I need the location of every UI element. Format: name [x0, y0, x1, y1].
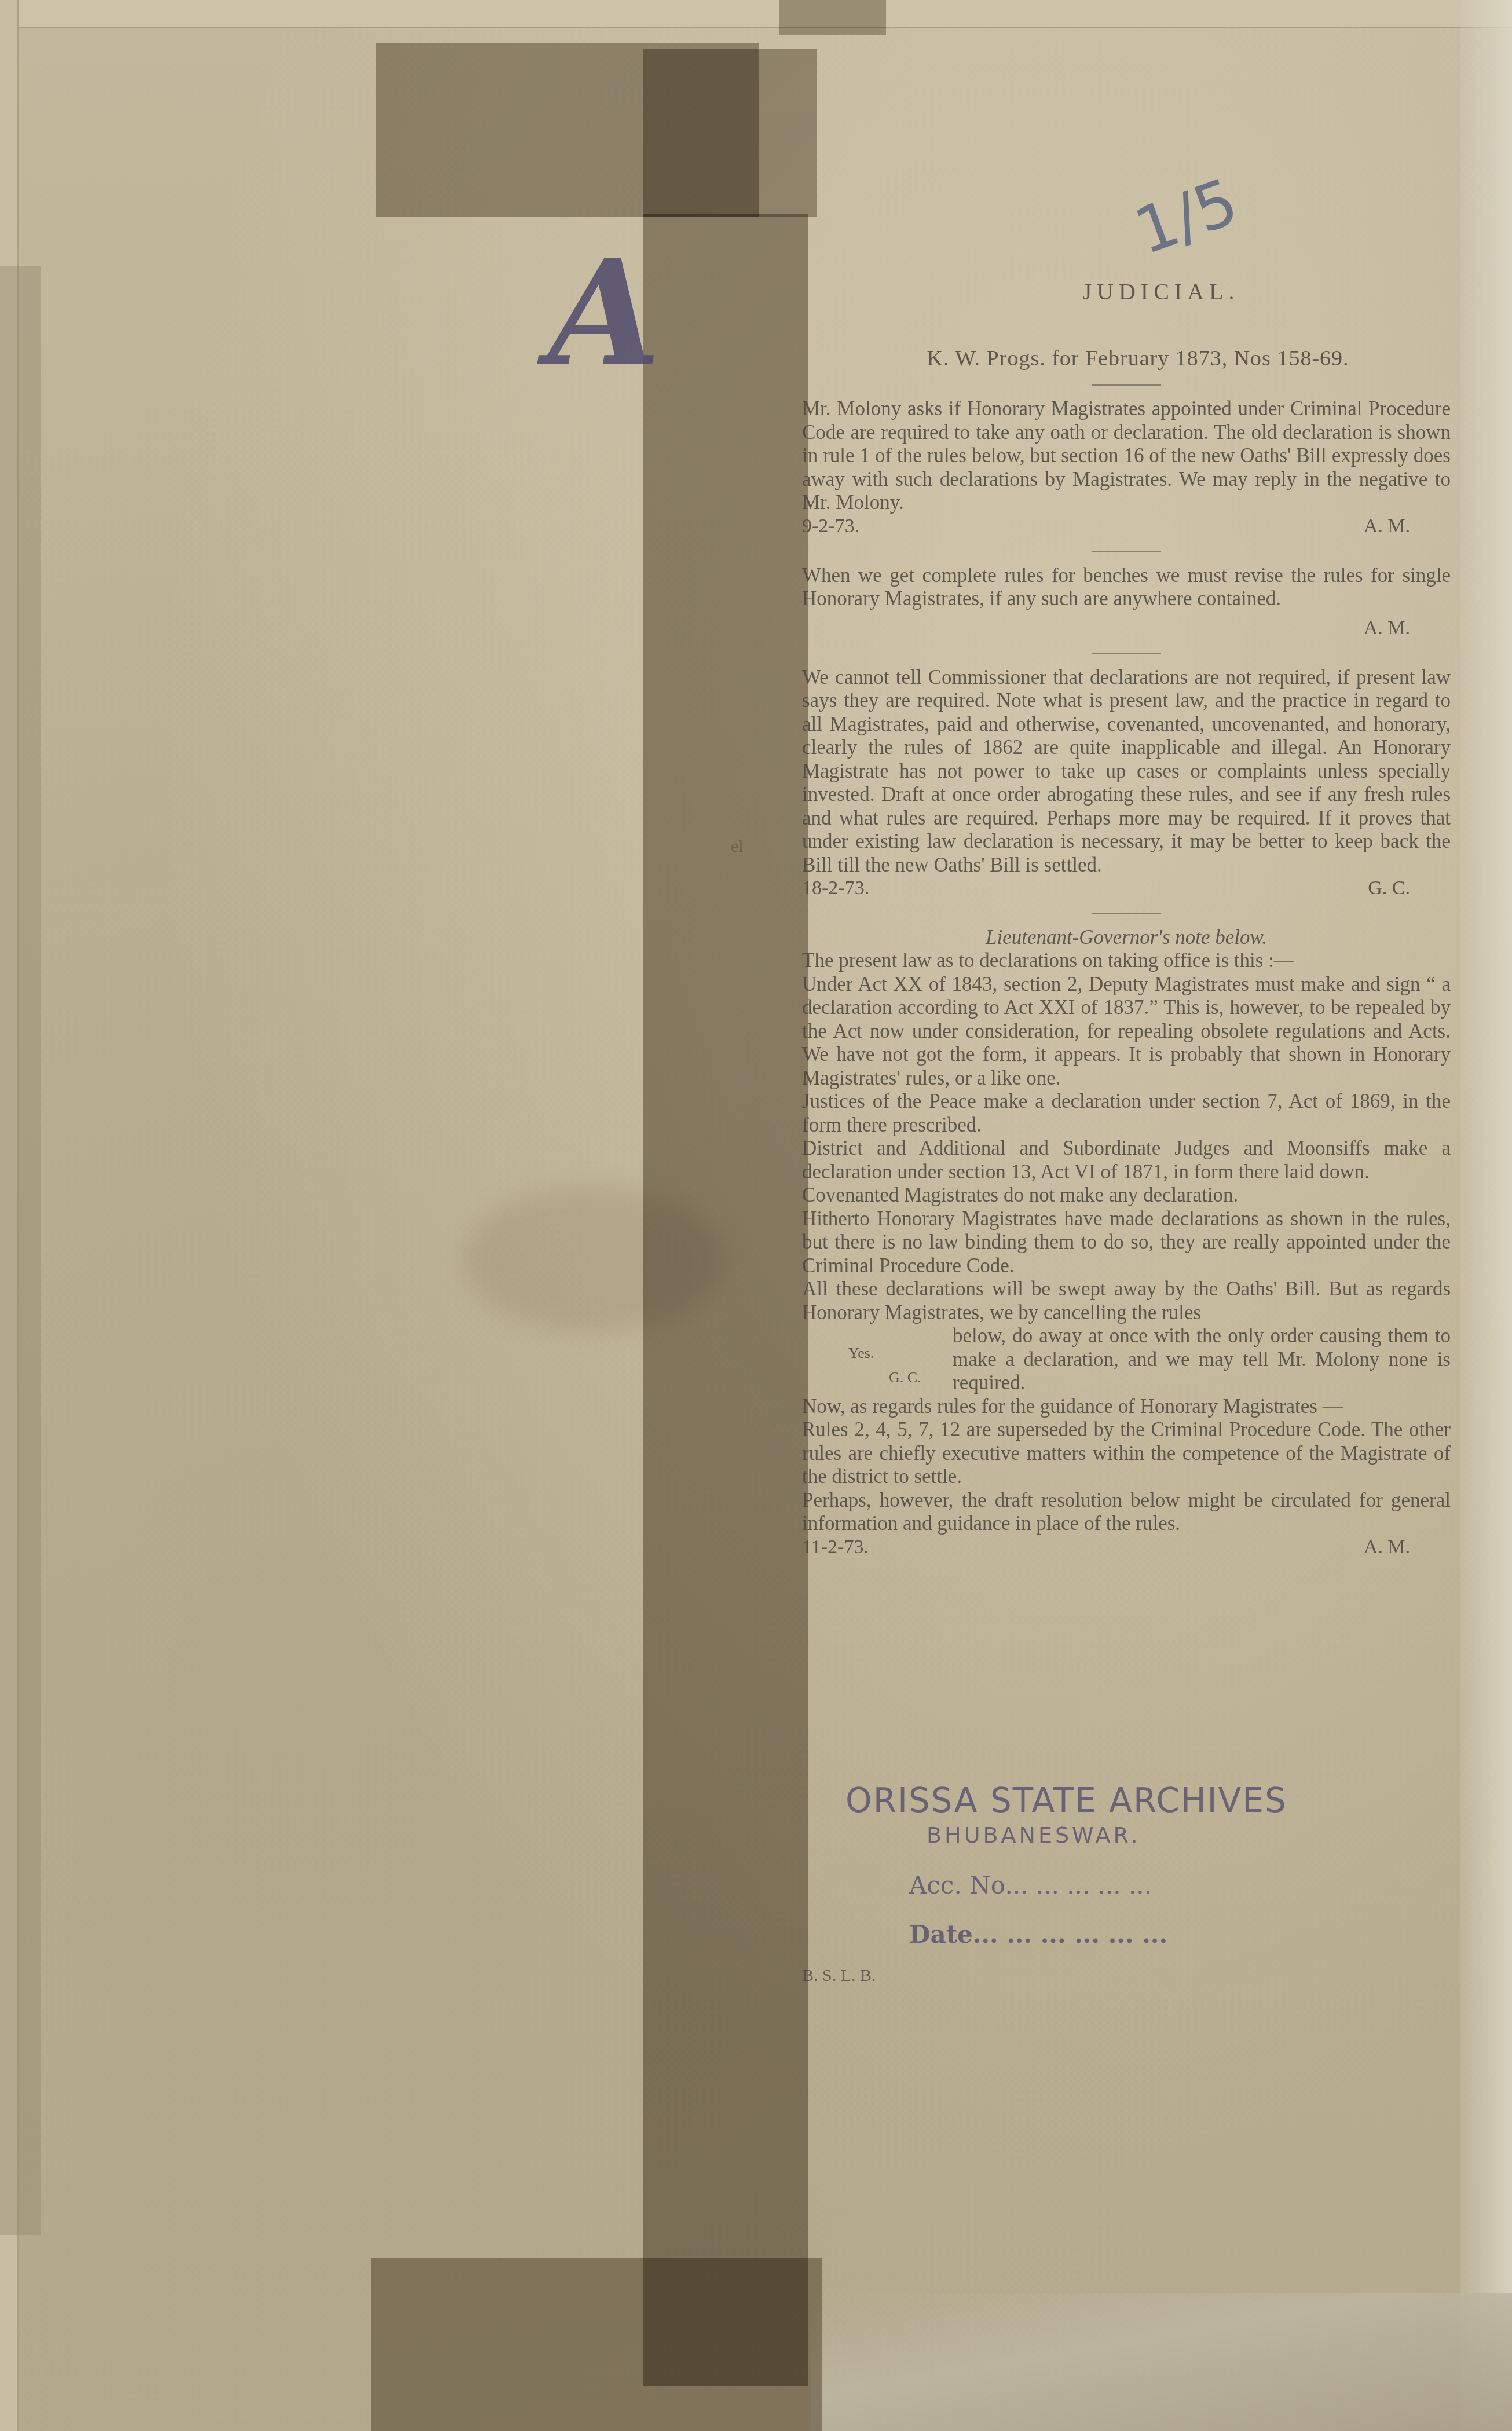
- stamp-letter-a: A: [533, 235, 651, 391]
- archive-stamp-acc-no: Acc. No... ... ... ... ...: [909, 1871, 1287, 1899]
- margin-initials: G. C.: [889, 1366, 921, 1390]
- note-initials: A. M.: [1364, 617, 1410, 640]
- margin-annotation: Yes. G. C.: [802, 1324, 953, 1395]
- lg-note-paragraph: District and Additional and Subordinate …: [802, 1137, 1451, 1184]
- lg-note-paragraph: The present law as to declarations on ta…: [802, 949, 1451, 973]
- lg-note-paragraph: Covenanted Magistrates do not make any d…: [802, 1184, 1451, 1207]
- note-date: 9-2-73.: [802, 515, 859, 538]
- lg-note-paragraph: Perhaps, however, the draft resolution b…: [802, 1489, 1451, 1536]
- section-divider: [1092, 551, 1161, 552]
- archive-stamp-title: ORISSA STATE ARCHIVES: [845, 1781, 1287, 1820]
- lg-note-signature: 11-2-73. A. M.: [802, 1536, 1451, 1559]
- paper-edge-right: [1460, 0, 1512, 2431]
- note-paragraph: We cannot tell Commissioner that declara…: [802, 666, 1451, 877]
- bottom-fold: [811, 2293, 1512, 2431]
- note-signature: A. M.: [802, 617, 1451, 640]
- pencil-folio-mark: 1/5: [1125, 164, 1247, 269]
- document-heading: JUDICIAL.: [872, 278, 1451, 305]
- tape-patch-top-right: [643, 49, 817, 217]
- note-initials: G. C.: [1368, 877, 1410, 900]
- margin-paragraph-text: below, do away at once with the only ord…: [953, 1324, 1451, 1395]
- left-flap-shadow: [0, 266, 41, 2235]
- note-date: 18-2-73.: [802, 877, 869, 900]
- tape-strip-vertical: [643, 214, 808, 2386]
- note-signature: 18-2-73. G. C.: [802, 877, 1451, 900]
- note-paragraph: Mr. Molony asks if Honorary Magistrates …: [802, 397, 1451, 515]
- note-paragraph: When we get complete rules for benches w…: [802, 564, 1451, 611]
- tape-bleed-text: el: [731, 837, 744, 856]
- note-initials: A. M.: [1364, 515, 1410, 538]
- archive-stamp: ORISSA STATE ARCHIVES BHUBANESWAR. Acc. …: [845, 1781, 1287, 1949]
- printer-mark: B. S. L. B.: [802, 1966, 876, 1986]
- lg-note-paragraph: Now, as regards rules for the guidance o…: [802, 1395, 1451, 1419]
- section-divider: [1092, 384, 1161, 386]
- paper-edge-top: [0, 0, 1512, 28]
- section-divider: [1092, 653, 1161, 654]
- lg-note-paragraph: Justices of the Peace make a declaration…: [802, 1090, 1451, 1137]
- tape-strip-top-stub: [779, 0, 886, 35]
- archive-stamp-city: BHUBANESWAR.: [927, 1822, 1287, 1848]
- archive-stamp-date: Date... ... ... ... ... ...: [909, 1920, 1287, 1949]
- margin-yes: Yes.: [848, 1342, 874, 1365]
- lg-note-paragraph: Rules 2, 4, 5, 7, 12 are superseded by t…: [802, 1418, 1451, 1489]
- lg-note-paragraph: Under Act XX of 1843, section 2, Deputy …: [802, 973, 1451, 1090]
- document-subheading: K. W. Progs. for February 1873, Nos 158-…: [825, 346, 1451, 371]
- lg-note-paragraph: All these declarations will be swept awa…: [802, 1277, 1451, 1324]
- section-divider: [1092, 913, 1161, 914]
- lg-note-date: 11-2-73.: [802, 1536, 869, 1559]
- lg-note-title: Lieutenant-Governor's note below.: [802, 926, 1451, 949]
- margin-annotated-paragraph: Yes. G. C. below, do away at once with t…: [802, 1324, 1451, 1395]
- note-signature: 9-2-73. A. M.: [802, 515, 1451, 538]
- scanned-page: A 1/5 el JUDICIAL. K. W. Progs. for Febr…: [0, 0, 1512, 2431]
- lg-note-paragraph: Hitherto Honorary Magistrates have made …: [802, 1207, 1451, 1278]
- tape-patch-bottom: [371, 2258, 822, 2431]
- lg-note-initials: A. M.: [1364, 1536, 1410, 1559]
- document-text-column: JUDICIAL. K. W. Progs. for February 1873…: [802, 278, 1451, 1559]
